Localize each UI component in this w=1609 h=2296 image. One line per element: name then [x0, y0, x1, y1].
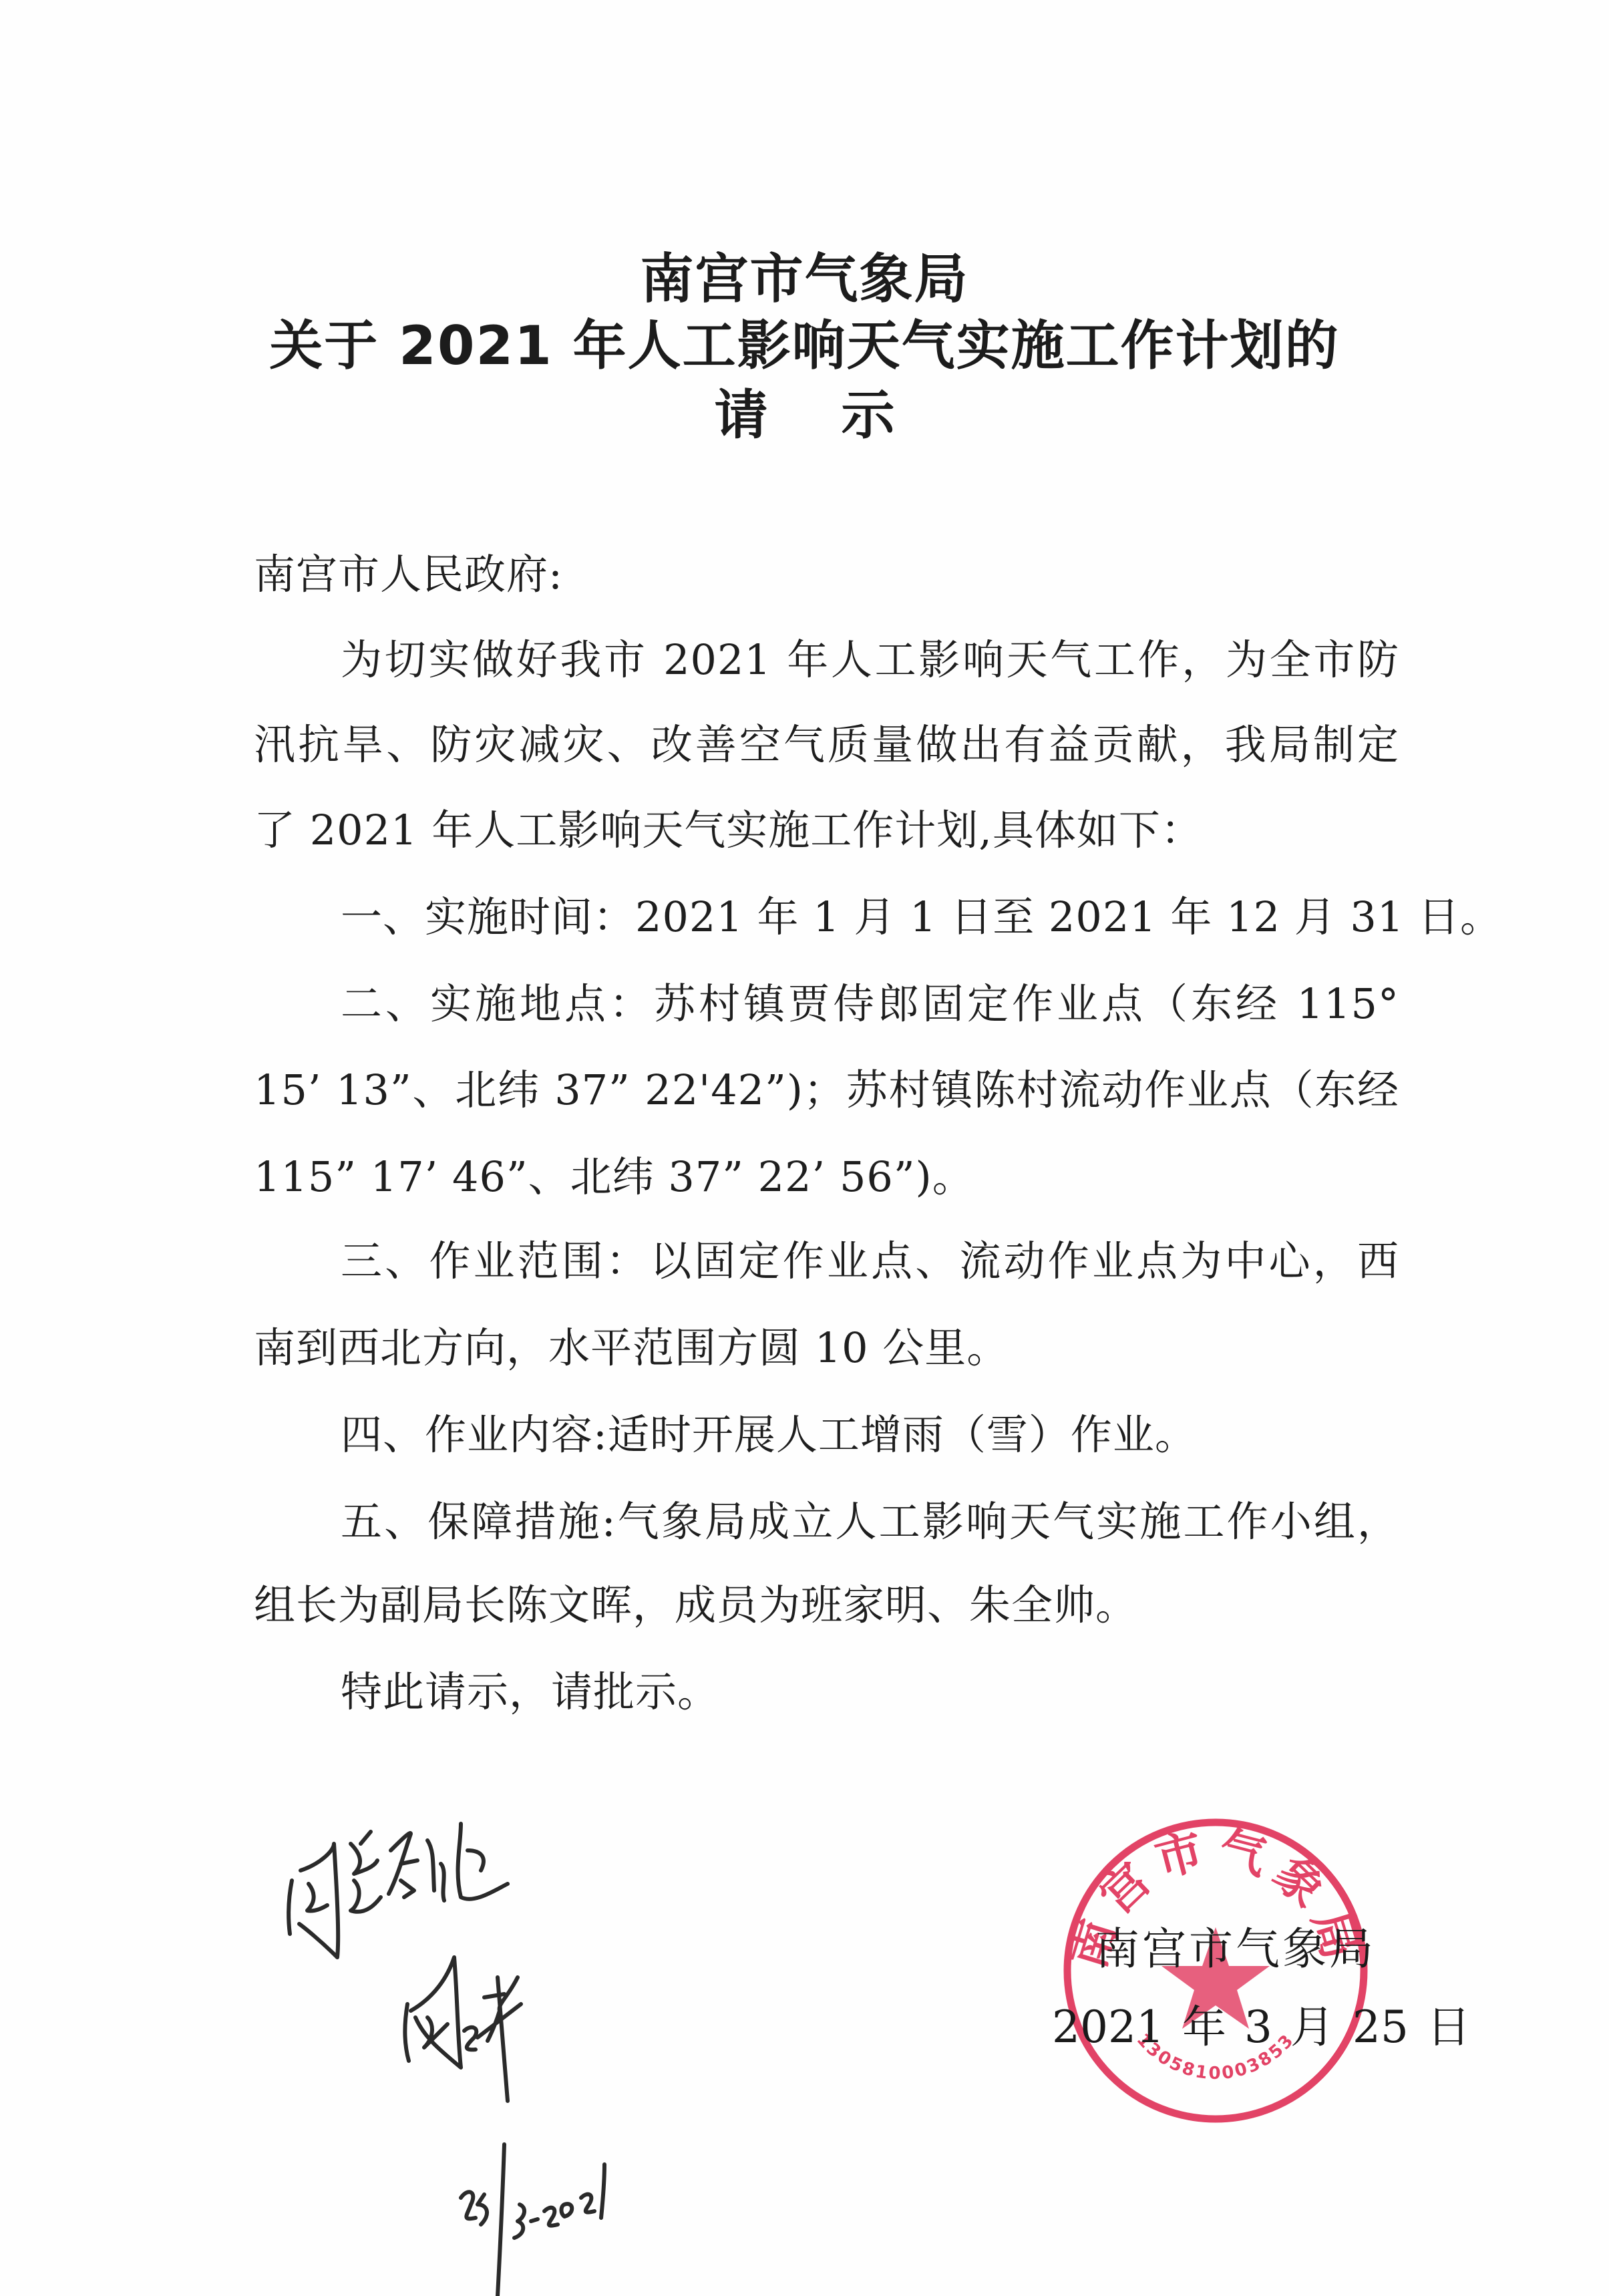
signature-organization: 南宫市气象局 — [1095, 1923, 1376, 1976]
item-5-line-2: 组长为副局长陈文晖，成员为班家明、朱全帅。 — [254, 1579, 1399, 1632]
paragraph-1-line-1: 为切实做好我市 2021 年人工影响天气工作，为全市防 — [341, 633, 1399, 687]
handwriting-approval-tong-icon — [289, 1844, 338, 1957]
paragraph-1-line-3: 了 2021 年人工影响天气实施工作计划,具体如下： — [254, 804, 1399, 857]
title-line-2: 关于 2021 年人工影响天气实施工作计划的 — [0, 316, 1609, 376]
signature-date: 2021 年 3 月 25 日 — [1052, 2001, 1471, 2054]
title-line-1: 南宫市气象局 — [0, 249, 1609, 309]
document-page: 南宫市气象局 关于 2021 年人工影响天气实施工作计划的 请示 南宫市人民政府… — [0, 0, 1609, 2296]
handwriting-approval-shi-icon — [389, 1833, 417, 1897]
item-2-line-1: 二、实施地点：苏村镇贾侍郎固定作业点（东经 115° — [341, 977, 1399, 1031]
item-3-line-1: 三、作业范围：以固定作业点、流动作业点为中心，西 — [341, 1235, 1399, 1288]
item-2-line-2: 15’ 13”、北纬 37” 22'42”)；苏村镇陈村流动作业点（东经 — [254, 1063, 1399, 1117]
item-3-line-2: 南到西北方向，水平范围方圆 10 公里。 — [254, 1321, 1399, 1375]
paragraph-1-line-2: 汛抗旱、防灾减灾、改善空气质量做出有益贡献，我局制定 — [254, 718, 1399, 772]
handwriting-signer-icon — [405, 1957, 521, 2101]
addressee: 南宫市人民政府: — [254, 548, 1399, 601]
handwriting-approval-yi-icon — [351, 1832, 381, 1912]
title-line-3: 请示 — [0, 385, 1609, 446]
item-4-content: 四、作业内容:适时开展人工增雨（雪）作业。 — [341, 1408, 1399, 1462]
item-2-line-3: 115” 17’ 46”、北纬 37” 22’ 56”)。 — [254, 1150, 1399, 1204]
closing-request: 特此请示，请批示。 — [341, 1665, 1399, 1719]
handwriting-date-icon — [461, 2144, 604, 2296]
handwriting-approval-shi2-icon — [427, 1824, 508, 1901]
item-5-line-1: 五、保障措施:气象局成立人工影响天气实施工作小组， — [341, 1495, 1399, 1548]
item-1-time: 一、实施时间：2021 年 1 月 1 日至 2021 年 12 月 31 日。 — [341, 890, 1399, 944]
